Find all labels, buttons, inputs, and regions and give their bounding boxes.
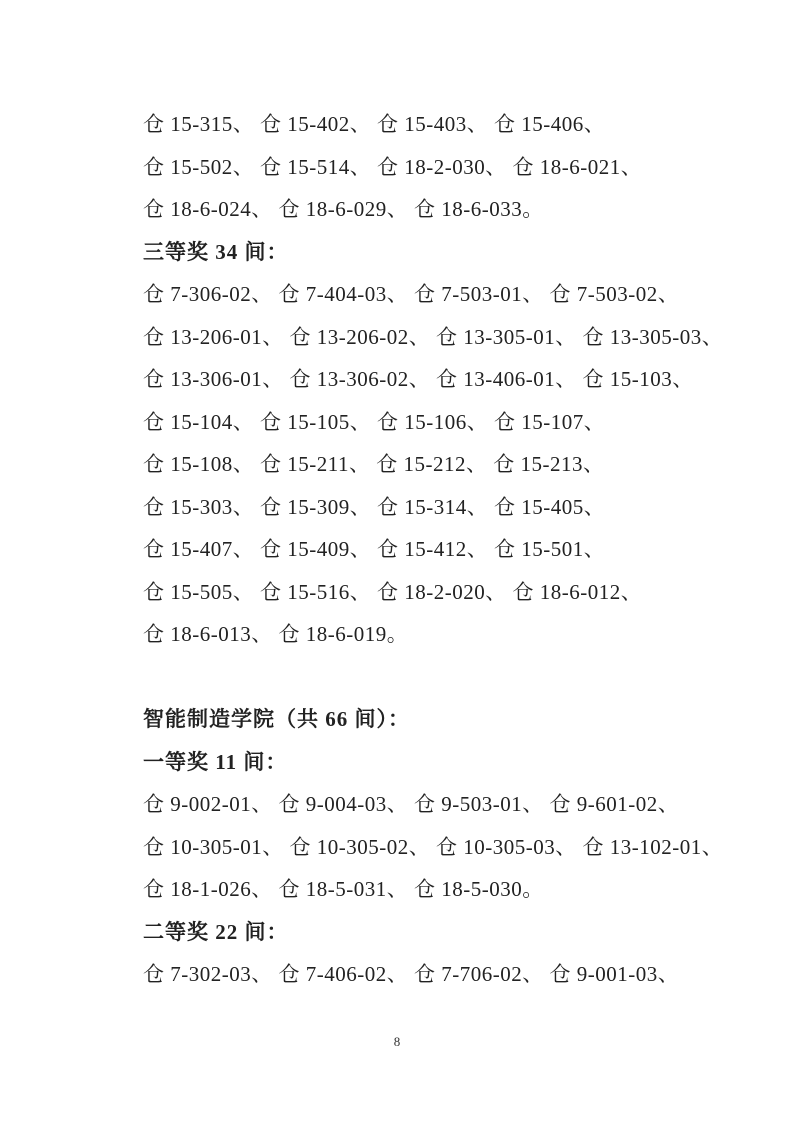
room-list-line: 仓 10-305-01、 仓 10-305-02、 仓 10-305-03、 仓… bbox=[143, 826, 743, 869]
room-list-line: 仓 13-206-01、 仓 13-206-02、 仓 13-305-01、 仓… bbox=[143, 316, 743, 359]
room-list-line: 仓 15-104、 仓 15-105、 仓 15-106、 仓 15-107、 bbox=[143, 401, 743, 444]
room-list-line: 仓 7-306-02、 仓 7-404-03、 仓 7-503-01、 仓 7-… bbox=[143, 273, 743, 316]
college-section-heading: 智能制造学院（共 66 间）： bbox=[143, 698, 743, 741]
room-list-line: 仓 15-303、 仓 15-309、 仓 15-314、 仓 15-405、 bbox=[143, 486, 743, 529]
room-list-line: 仓 13-306-01、 仓 13-306-02、 仓 13-406-01、 仓… bbox=[143, 358, 743, 401]
room-list-line: 仓 15-315、 仓 15-402、 仓 15-403、 仓 15-406、 bbox=[143, 103, 743, 146]
document-page: { "doc": { "prev_prize_tail_lines": [ "仓… bbox=[0, 0, 794, 1123]
blank-line bbox=[143, 656, 743, 699]
page-footer: 8 bbox=[0, 1033, 794, 1051]
second-prize-heading: 二等奖 22 间： bbox=[143, 911, 743, 954]
room-list-line: 仓 15-505、 仓 15-516、 仓 18-2-020、 仓 18-6-0… bbox=[143, 571, 743, 614]
room-list-line: 仓 15-108、 仓 15-211、 仓 15-212、 仓 15-213、 bbox=[143, 443, 743, 486]
room-list-line: 仓 9-002-01、 仓 9-004-03、 仓 9-503-01、 仓 9-… bbox=[143, 783, 743, 826]
document-body: 仓 15-315、 仓 15-402、 仓 15-403、 仓 15-406、 … bbox=[143, 103, 743, 996]
page-number: 8 bbox=[394, 1034, 401, 1049]
room-list-line: 仓 7-302-03、 仓 7-406-02、 仓 7-706-02、 仓 9-… bbox=[143, 953, 743, 996]
room-list-line: 仓 18-6-013、 仓 18-6-019。 bbox=[143, 613, 743, 656]
third-prize-heading: 三等奖 34 间： bbox=[143, 231, 743, 274]
room-list-line: 仓 18-6-024、 仓 18-6-029、 仓 18-6-033。 bbox=[143, 188, 743, 231]
room-list-line: 仓 15-502、 仓 15-514、 仓 18-2-030、 仓 18-6-0… bbox=[143, 146, 743, 189]
room-list-line: 仓 15-407、 仓 15-409、 仓 15-412、 仓 15-501、 bbox=[143, 528, 743, 571]
room-list-line: 仓 18-1-026、 仓 18-5-031、 仓 18-5-030。 bbox=[143, 868, 743, 911]
first-prize-heading: 一等奖 11 间： bbox=[143, 741, 743, 784]
